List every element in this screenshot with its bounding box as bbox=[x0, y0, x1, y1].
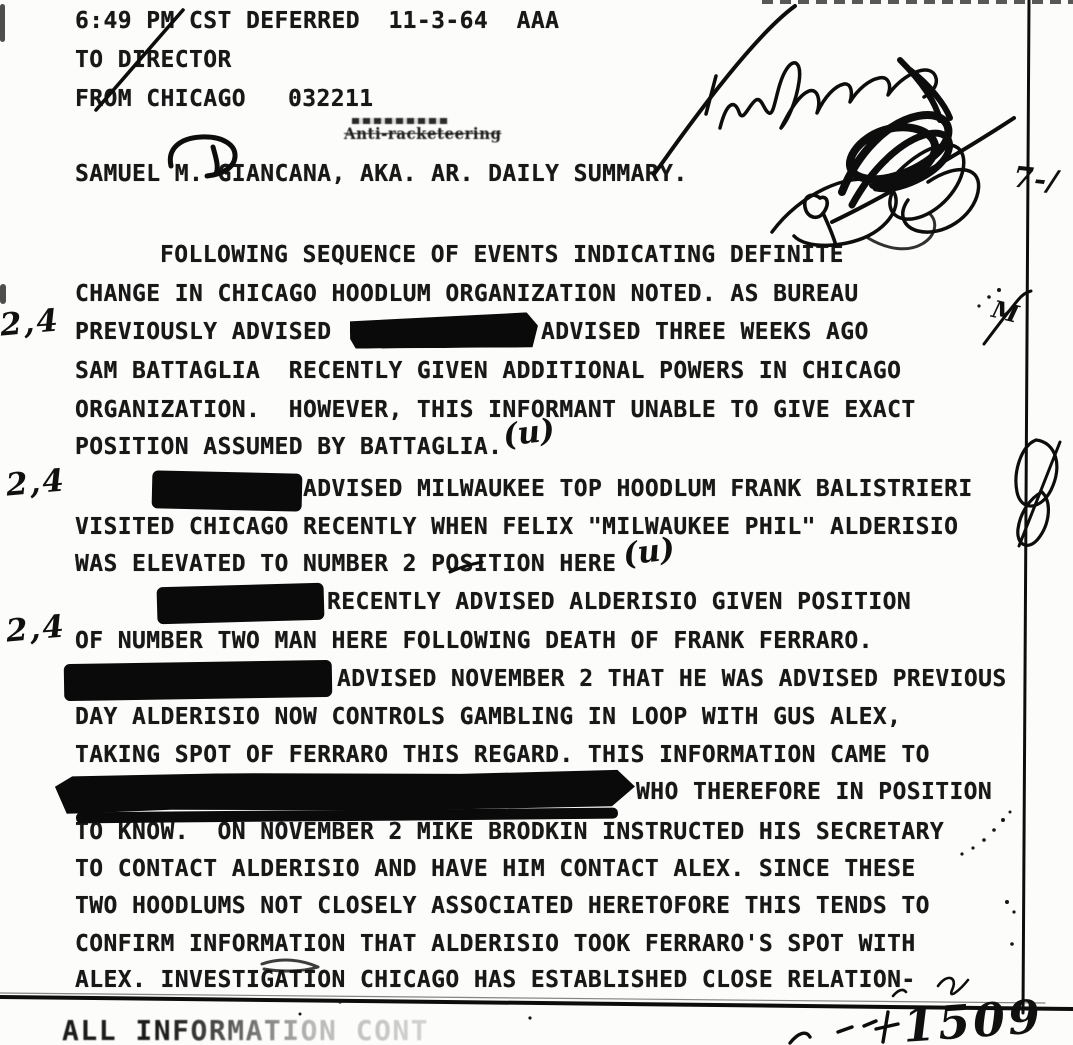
classification-u-mark: (u) bbox=[621, 534, 676, 571]
signature-scribble bbox=[868, 214, 935, 249]
typed-line: CONFIRM INFORMATION THAT ALDERISIO TOOK … bbox=[75, 933, 916, 956]
signature-scribble bbox=[654, 6, 795, 174]
redaction-bar bbox=[152, 470, 303, 511]
header-time-line: 6:49 PM CST DEFERRED 11-3-64 AAA bbox=[75, 10, 559, 33]
signature-scribble bbox=[852, 133, 950, 205]
redaction-bar bbox=[64, 660, 333, 701]
bottom-rule-ghost bbox=[0, 993, 1045, 1003]
scan-edge-mark bbox=[0, 284, 6, 304]
redaction-bar bbox=[157, 583, 325, 625]
signature-scribble bbox=[903, 170, 979, 232]
handwritten-serial: 1509 bbox=[902, 993, 1045, 1045]
handwritten-fragment bbox=[838, 1021, 876, 1032]
typed-line: FOLLOWING SEQUENCE OF EVENTS INDICATING … bbox=[160, 244, 844, 267]
margin-classification-note: 2,4 bbox=[0, 305, 61, 341]
rubber-stamp: Anti-racketeering bbox=[344, 118, 504, 143]
margin-classification-note: 2,4 bbox=[5, 611, 67, 647]
typed-line: POSITION ASSUMED BY BATTAGLIA. bbox=[75, 436, 502, 459]
typed-line: SAM BATTAGLIA RECENTLY GIVEN ADDITIONAL … bbox=[75, 360, 901, 383]
signature-scribble bbox=[832, 118, 1014, 222]
typed-line: TAKING SPOT OF FERRARO THIS REGARD. THIS… bbox=[75, 744, 930, 767]
typed-line: ADVISED MILWAUKEE TOP HOODLUM FRANK BALI… bbox=[303, 478, 973, 501]
handwritten-margin-m: M bbox=[989, 297, 1021, 327]
handwritten-page-mark: 7-/ bbox=[1012, 163, 1061, 197]
signature-scribble bbox=[842, 115, 948, 192]
signature-scribble bbox=[805, 195, 836, 246]
typed-line: WHO THEREFORE IN POSITION bbox=[636, 781, 992, 804]
typed-line: ORGANIZATION. HOWEVER, THIS INFORMANT UN… bbox=[75, 399, 916, 422]
handwritten-fragment bbox=[876, 1012, 898, 1042]
typed-line: DAY ALDERISIO NOW CONTROLS GAMBLING IN L… bbox=[75, 706, 901, 729]
right-margin-rule bbox=[1023, 0, 1029, 1013]
declassification-stamp-partial: ALL INFORMATION CONT bbox=[62, 1014, 429, 1045]
typed-line: ADVISED THREE WEEKS AGO bbox=[541, 321, 869, 344]
header-from-line: FROM CHICAGO bbox=[75, 88, 246, 111]
margin-classification-note: 2,4 bbox=[5, 465, 67, 501]
right-margin-loop-mark bbox=[1016, 440, 1057, 506]
ink-smudge bbox=[938, 978, 968, 994]
header-to-line: TO DIRECTOR bbox=[75, 49, 232, 72]
signature-scribble bbox=[900, 60, 950, 120]
header-file-number: 032211 bbox=[288, 88, 373, 111]
typed-line: TWO HOODLUMS NOT CLOSELY ASSOCIATED HERE… bbox=[75, 895, 930, 918]
typed-line: OF NUMBER TWO MAN HERE FOLLOWING DEATH O… bbox=[75, 630, 873, 653]
redaction-bar bbox=[350, 312, 538, 348]
stamp-text: Anti-racketeering bbox=[344, 124, 494, 143]
typed-line: ADVISED NOVEMBER 2 THAT HE WAS ADVISED P… bbox=[337, 668, 1007, 691]
document-page: 6:49 PM CST DEFERRED 11-3-64 AAA TO DIRE… bbox=[0, 0, 1073, 1045]
right-margin-loop-mark bbox=[1019, 442, 1060, 546]
typed-line: TO CONTACT ALDERISIO AND HAVE HIM CONTAC… bbox=[75, 858, 916, 881]
scan-edge-mark bbox=[0, 4, 5, 42]
typed-line: ALEX. INVESTIGATION CHICAGO HAS ESTABLIS… bbox=[75, 969, 916, 992]
typed-line: VISITED CHICAGO RECENTLY WHEN FELIX "MIL… bbox=[75, 516, 958, 539]
signature-scribble bbox=[772, 179, 896, 245]
scan-edge-dashes bbox=[762, 0, 1073, 4]
subject-line: SAMUEL M. GIANCANA, AKA. AR. DAILY SUMMA… bbox=[75, 163, 688, 186]
typed-line: PREVIOUSLY ADVISED bbox=[75, 321, 331, 344]
signature-scribble bbox=[720, 63, 936, 128]
handwritten-fragment bbox=[790, 1033, 810, 1043]
signature-scribble bbox=[890, 145, 964, 219]
typed-line: RECENTLY ADVISED ALDERISIO GIVEN POSITIO… bbox=[327, 591, 911, 614]
signature-scribble bbox=[706, 76, 716, 114]
classification-u-mark: (u) bbox=[501, 415, 556, 452]
typed-line: TO KNOW. ON NOVEMBER 2 MIKE BRODKIN INST… bbox=[75, 821, 944, 844]
typed-line: CHANGE IN CHICAGO HOODLUM ORGANIZATION N… bbox=[75, 283, 859, 306]
typed-line: WAS ELEVATED TO NUMBER 2 POSITION HERE bbox=[75, 553, 616, 576]
right-margin-loop-mark bbox=[1018, 492, 1049, 545]
